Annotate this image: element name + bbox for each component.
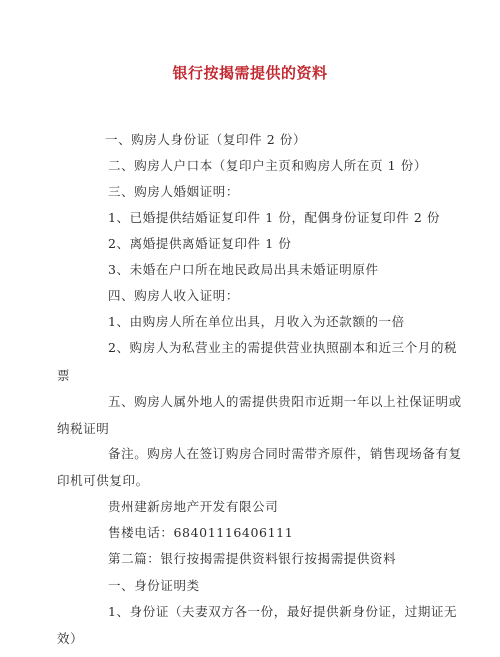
text-line: 2、离婚提供离婚证复印件 1 份 [108, 234, 291, 252]
text-line: 纳税证明 [57, 419, 109, 437]
text-line: 四、购房人收入证明： [108, 286, 239, 304]
text-line: 第二篇：银行按揭需提供资料银行按揭需提供资料 [108, 549, 396, 567]
text-line: 售楼电话：68401116406111 [108, 523, 293, 541]
text-line: 一、身份证明类 [108, 576, 200, 594]
text-line: 备注。购房人在签订购房合同时需带齐原件，销售现场备有复 [108, 444, 462, 462]
text-line: 3、未婚在户口所在地民政局出具未婚证明原件 [108, 260, 379, 278]
text-line: 五、购房人属外地人的需提供贵阳市近期一年以上社保证明或 [108, 392, 462, 410]
text-line: 效） [57, 629, 83, 647]
text-line: 1、由购房人所在单位出具，月收入为还款额的一倍 [108, 312, 405, 330]
document-title: 银行按揭需提供的资料 [0, 62, 500, 83]
text-line: 1、已婚提供结婚证复印件 1 份，配偶身份证复印件 2 份 [108, 208, 440, 226]
text-line: 二、购房人户口本（复印户主页和购房人所在页 1 份） [108, 156, 427, 174]
text-line: 印机可供复印。 [57, 471, 149, 489]
text-line: 一、购房人身份证（复印件 2 份） [105, 130, 306, 148]
text-line: 2、购房人为私营业主的需提供营业执照副本和近三个月的税 [108, 338, 457, 356]
document-page: 银行按揭需提供的资料 一、购房人身份证（复印件 2 份）二、购房人户口本（复印户… [0, 0, 500, 657]
text-line: 1、身份证（夫妻双方各一份，最好提供新身份证，过期证无 [108, 602, 457, 620]
text-line: 贵州建新房地产开发有限公司 [108, 497, 278, 515]
text-line: 票 [57, 366, 70, 384]
text-line: 三、购房人婚姻证明： [108, 182, 239, 200]
